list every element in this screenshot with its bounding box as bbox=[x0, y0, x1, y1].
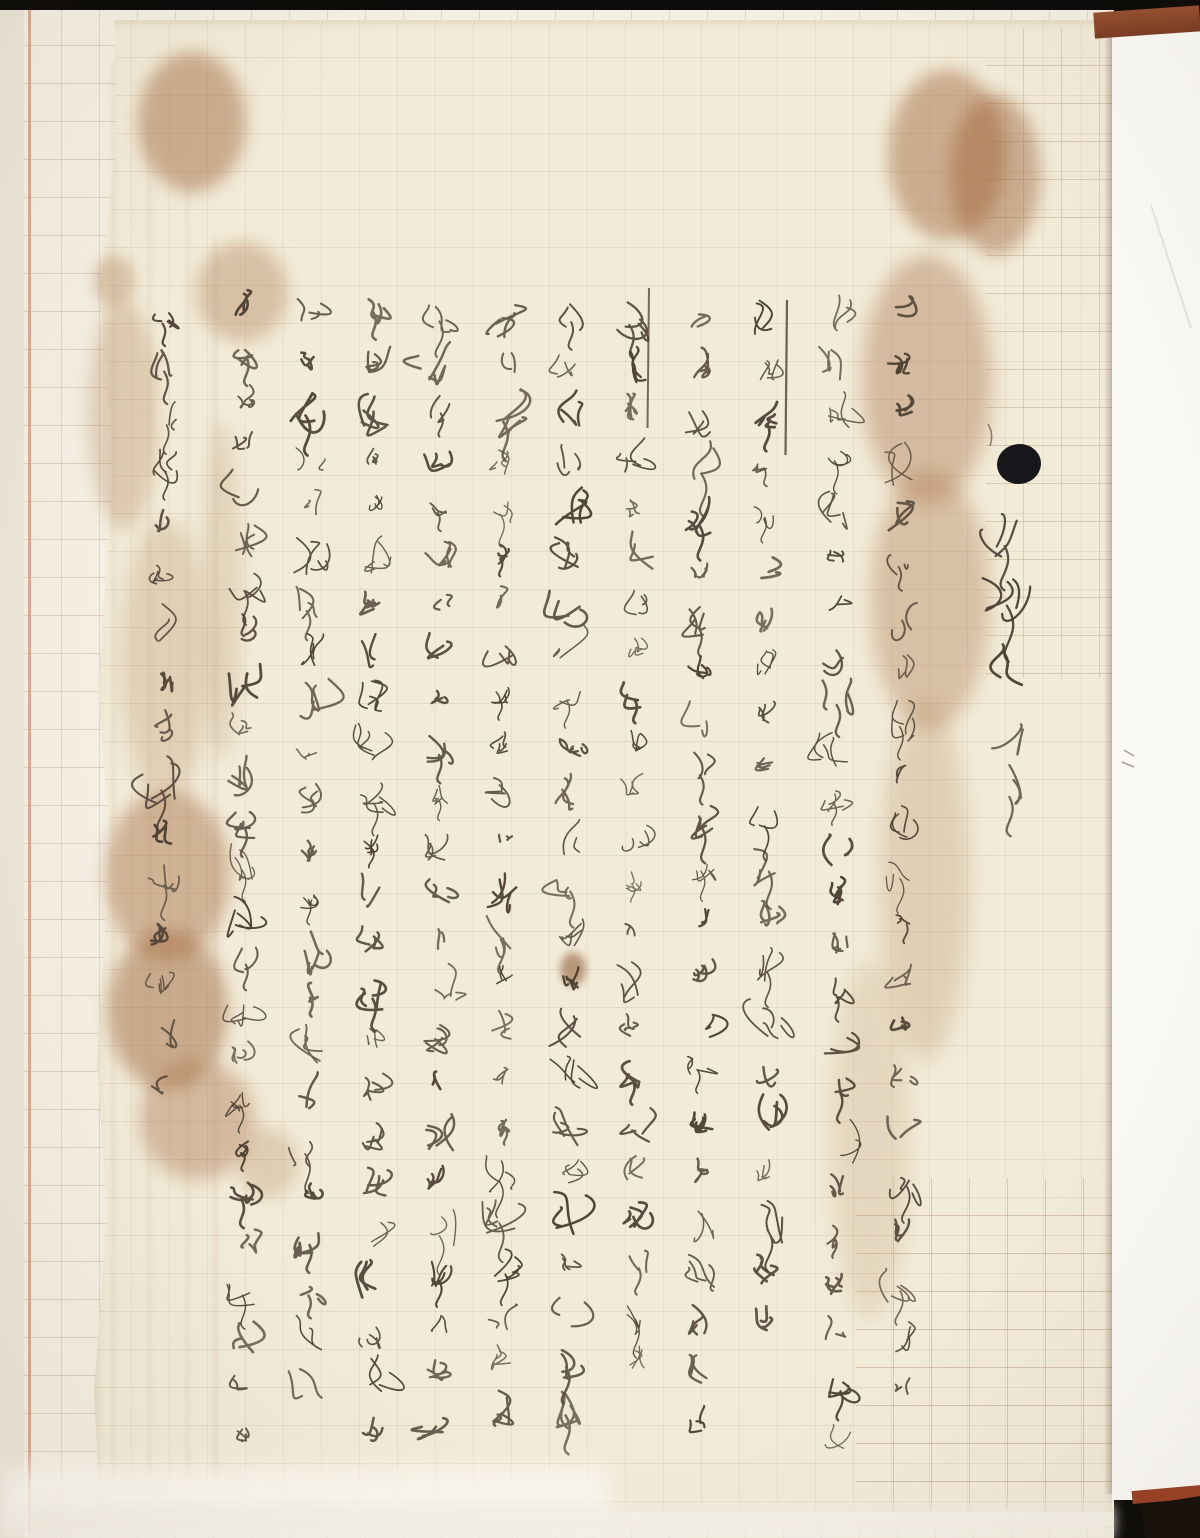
insertion-mark-line bbox=[648, 288, 650, 428]
ink-column-10 bbox=[289, 299, 344, 1398]
ink-column-12 bbox=[132, 313, 179, 1093]
ink-blot bbox=[994, 441, 1043, 487]
ink-column-6 bbox=[542, 304, 597, 1454]
ink-column-7 bbox=[482, 305, 530, 1426]
ink-column-11 bbox=[221, 290, 267, 1441]
insertion-mark-line bbox=[786, 300, 788, 455]
ink-column-9 bbox=[353, 299, 404, 1441]
ink-column-8 bbox=[404, 305, 466, 1439]
ink-column-3 bbox=[743, 301, 794, 1330]
ink-column-2 bbox=[808, 295, 864, 1448]
margin-tick-marks bbox=[1122, 750, 1134, 767]
ink-column-4 bbox=[681, 314, 727, 1432]
photo-of-manuscript: ゆく春 家兄鴎外漁史の泡沫の記を出しゝは、明治二十三年 八月なりしが、後るゝこと… bbox=[0, 0, 1200, 1538]
title-lead-stroke bbox=[988, 424, 992, 446]
ink-column-5 bbox=[617, 303, 656, 1369]
handwriting-ink-layer bbox=[0, 0, 1200, 1538]
ink-column-1 bbox=[879, 297, 920, 1394]
ink-title-column bbox=[980, 514, 1030, 836]
bottom-page-edge bbox=[24, 1506, 1114, 1538]
